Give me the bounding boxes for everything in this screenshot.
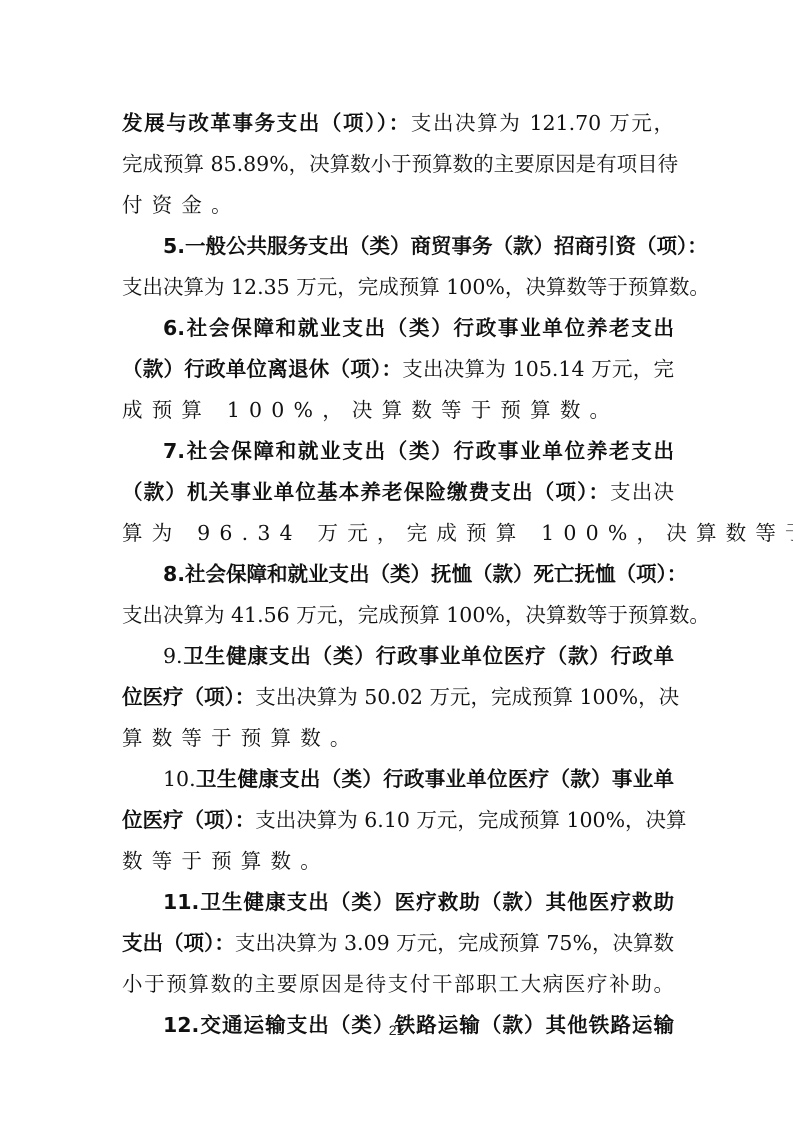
body-text: 支出决算为 41.56 万元，完成预算 100%，决算数等于预算数。 [122, 603, 710, 627]
body-text: 支出决算为 121.70 万元， [411, 111, 674, 135]
bold-heading-text: 6.社会保障和就业支出（类）行政事业单位养老支出 [163, 316, 674, 340]
text-line: 9.卫生健康支出（类）行政事业单位医疗（款）行政单 [122, 636, 674, 677]
body-text: 支出决算为 105.14 万元，完 [402, 357, 674, 381]
body-text: 10. [163, 767, 196, 791]
body-text: 付资金。 [122, 193, 241, 217]
text-line: 完成预算 85.89%，决算数小于预算数的主要原因是有项目待 [122, 144, 674, 185]
body-text: 9. [163, 644, 183, 668]
text-line: 成预算 100%，决算数等于预算数。 [122, 390, 674, 431]
body-text: 数等于预算数。 [122, 849, 330, 873]
body-text: 小于预算数的主要原因是待支付干部职工大病医疗补助。 [122, 972, 674, 996]
body-text: 支出决算为 3.09 万元，完成预算 75%，决算数 [235, 931, 674, 955]
body-text: 支出决算为 6.10 万元，完成预算 100%，决算 [255, 808, 686, 832]
body-text: 支出决 [610, 480, 674, 504]
text-line: 支出决算为 12.35 万元，完成预算 100%，决算数等于预算数。 [122, 267, 674, 308]
text-line: （款）机关事业单位基本养老保险缴费支出（项）：支出决 [122, 472, 674, 513]
text-line: 8.社会保障和就业支出（类）抚恤（款）死亡抚恤（项）： [122, 554, 674, 595]
text-line: 支出决算为 41.56 万元，完成预算 100%，决算数等于预算数。 [122, 595, 674, 636]
body-text: 算数等于预算数。 [122, 726, 360, 750]
text-line: 付资金。 [122, 185, 674, 226]
bold-heading-text: 卫生健康支出（类）行政事业单位医疗（款）行政单 [183, 644, 674, 668]
text-line: 数等于预算数。 [122, 841, 674, 882]
bold-heading-text: （款）行政单位离退休（项）： [122, 357, 402, 381]
text-line: 发展与改革事务支出（项））：支出决算为 121.70 万元， [122, 103, 674, 144]
text-line: 10.卫生健康支出（类）行政事业单位医疗（款）事业单 [122, 759, 674, 800]
text-line: 5.一般公共服务支出（类）商贸事务（款）招商引资（项）： [122, 226, 674, 267]
bold-heading-text: 位医疗（项）： [122, 685, 255, 709]
bold-heading-text: 8.社会保障和就业支出（类）抚恤（款）死亡抚恤（项）： [163, 562, 687, 586]
body-text: 成预算 100%，决算数等于预算数。 [122, 398, 619, 422]
text-line: 位医疗（项）：支出决算为 50.02 万元，完成预算 100%，决 [122, 677, 674, 718]
page-number: 21 [0, 1022, 793, 1038]
body-text: 支出决算为 12.35 万元，完成预算 100%，决算数等于预算数。 [122, 275, 710, 299]
body-text: 算为 96.34 万元，完成预算 100%，决算数等于预算数。 [122, 521, 793, 545]
text-line: 算数等于预算数。 [122, 718, 674, 759]
bold-heading-text: 11.卫生健康支出（类）医疗救助（款）其他医疗救助 [163, 890, 674, 914]
text-line: 6.社会保障和就业支出（类）行政事业单位养老支出 [122, 308, 674, 349]
bold-heading-text: 7.社会保障和就业支出（类）行政事业单位养老支出 [163, 439, 674, 463]
body-text: 支出决算为 50.02 万元，完成预算 100%，决 [255, 685, 679, 709]
body-text: 完成预算 85.89%，决算数小于预算数的主要原因是有项目待 [122, 152, 678, 176]
bold-heading-text: 支出（项）： [122, 931, 235, 955]
bold-heading-text: 位医疗（项）： [122, 808, 255, 832]
text-line: 7.社会保障和就业支出（类）行政事业单位养老支出 [122, 431, 674, 472]
text-line: 11.卫生健康支出（类）医疗救助（款）其他医疗救助 [122, 882, 674, 923]
text-line: 位医疗（项）：支出决算为 6.10 万元，完成预算 100%，决算 [122, 800, 674, 841]
bold-heading-text: （款）机关事业单位基本养老保险缴费支出（项）： [122, 480, 610, 504]
text-line: （款）行政单位离退休（项）：支出决算为 105.14 万元，完 [122, 349, 674, 390]
text-line: 小于预算数的主要原因是待支付干部职工大病医疗补助。 [122, 964, 674, 1005]
bold-heading-text: 发展与改革事务支出（项））： [122, 111, 411, 135]
bold-heading-text: 卫生健康支出（类）行政事业单位医疗（款）事业单 [196, 767, 674, 791]
bold-heading-text: 5.一般公共服务支出（类）商贸事务（款）招商引资（项）： [163, 234, 708, 258]
text-line: 支出（项）：支出决算为 3.09 万元，完成预算 75%，决算数 [122, 923, 674, 964]
text-line: 算为 96.34 万元，完成预算 100%，决算数等于预算数。 [122, 513, 674, 554]
document-body: 发展与改革事务支出（项））：支出决算为 121.70 万元，完成预算 85.89… [122, 103, 674, 1046]
